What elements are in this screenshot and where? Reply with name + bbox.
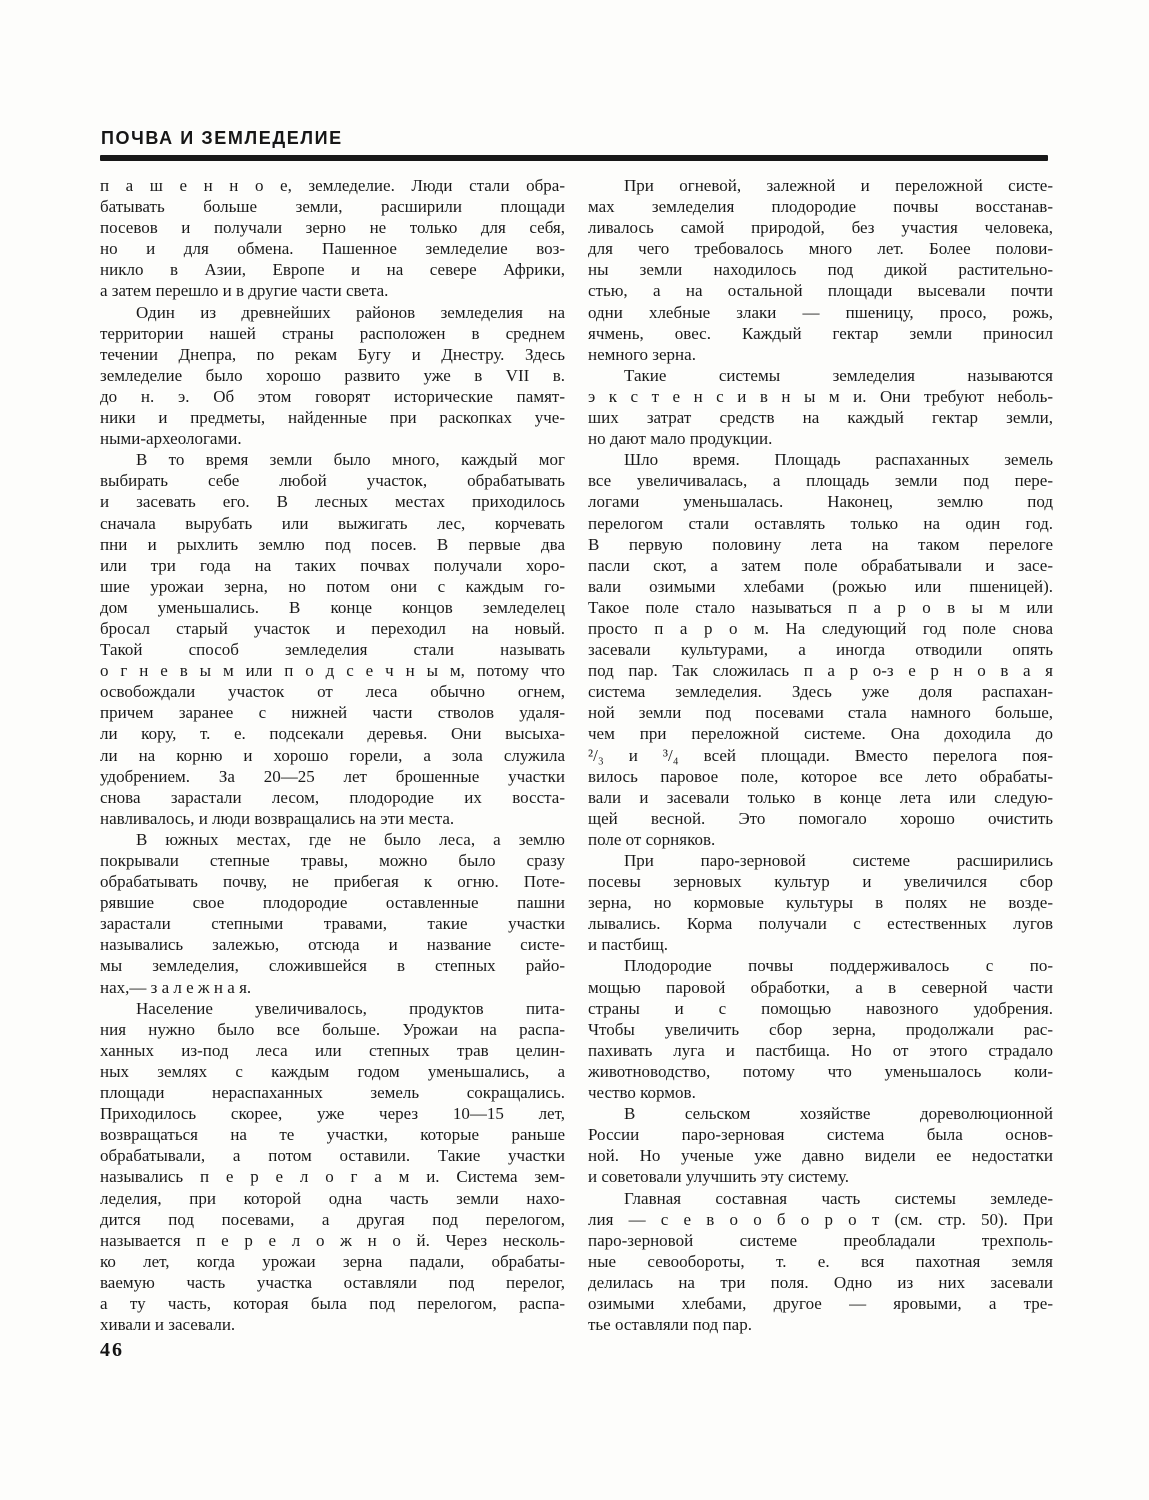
text-line: и пастбищ. — [588, 934, 1053, 955]
text-line: но дают мало продукции. — [588, 428, 1053, 449]
text-line: бросал старый участок и переходил на нов… — [100, 618, 565, 639]
paragraph: В то время земли было много, каждый могв… — [100, 449, 565, 829]
paragraph: В южных местах, где не было леса, а земл… — [100, 829, 565, 998]
paragraph: Плодородие почвы поддерживалось с по-мощ… — [588, 955, 1053, 1103]
text-line: животноводство, потому что уменьшалось к… — [588, 1061, 1053, 1082]
text-line: ными-археологами. — [100, 428, 565, 449]
text-line: немного зерна. — [588, 344, 1053, 365]
text-line: В первую половину лета на таком перелоге — [588, 534, 1053, 555]
text-line: посевы зерновых культур и увеличился сбо… — [588, 871, 1053, 892]
text-line: чество кормов. — [588, 1082, 1053, 1103]
left-column: п а ш е н н о е, земледелие. Люди стали … — [100, 175, 565, 1335]
text-line: и советовали улучшить эту систему. — [588, 1166, 1053, 1187]
text-line: освобождали участок от леса обычно огнем… — [100, 681, 565, 702]
text-line: шие урожаи зерна, но потом они с каждым … — [100, 576, 565, 597]
text-line: страны и с помощью навозного удобрения. — [588, 998, 1053, 1019]
text-line: лия — с е в о о б о р о т (см. стр. 50).… — [588, 1209, 1053, 1230]
text-line: назывались залежью, отсюда и название си… — [100, 934, 565, 955]
text-line: ячмень, овес. Каждый гектар земли принос… — [588, 323, 1053, 344]
text-line: пни и рыхлить землю под посев. В первые … — [100, 534, 565, 555]
text-line: чем при переложной системе. Она доходила… — [588, 723, 1053, 744]
text-line: пасли скот, а затем поле обрабатывали и … — [588, 555, 1053, 576]
text-line: логами уменьшалась. Наконец, землю под — [588, 491, 1053, 512]
text-line: называется п е р е л о ж н о й. Через не… — [100, 1230, 565, 1251]
book-page: ПОЧВА И ЗЕМЛЕДЕЛИЕ п а ш е н н о е, земл… — [0, 0, 1149, 1500]
text-line: Плодородие почвы поддерживалось с по- — [588, 955, 1053, 976]
text-line: В южных местах, где не было леса, а земл… — [100, 829, 565, 850]
text-line: При паро-зерновой системе расширились — [588, 850, 1053, 871]
text-line: выбирать себе любой участок, обрабатыват… — [100, 470, 565, 491]
text-line: площади нераспаханных земель сокращались… — [100, 1082, 565, 1103]
text-line: ²/₃ и ³/₄ всей площади. Вместо перелога … — [588, 745, 1053, 766]
right-column: При огневой, залежной и переложной систе… — [588, 175, 1053, 1335]
text-line: Один из древнейших районов земледелия на — [100, 302, 565, 323]
text-line: России паро-зерновая система была основ- — [588, 1124, 1053, 1145]
text-line: тье оставляли под пар. — [588, 1314, 1053, 1335]
text-line: ной земли под посевами стала намного бол… — [588, 702, 1053, 723]
text-line: дом уменьшались. В конце концов земледел… — [100, 597, 565, 618]
text-line: о г н е в ы м или п о д с е ч н ы м, пот… — [100, 660, 565, 681]
paragraph: При паро-зерновой системе расширилисьпос… — [588, 850, 1053, 955]
text-line: В сельском хозяйстве дореволюционной — [588, 1103, 1053, 1124]
text-line: течении Днепра, по рекам Бугу и Днестру.… — [100, 344, 565, 365]
text-line: обрабатывали, а потом оставили. Такие уч… — [100, 1145, 565, 1166]
text-line: озимыми хлебами, другое — яровыми, а тре… — [588, 1293, 1053, 1314]
text-line: щей весной. Это помогало хорошо очистить — [588, 808, 1053, 829]
text-line: одни хлебные злаки — пшеницу, просо, рож… — [588, 302, 1053, 323]
paragraph: Шло время. Площадь распаханных земельвсе… — [588, 449, 1053, 850]
text-line: и засевать его. В лесных местах приходил… — [100, 491, 565, 512]
text-line: Чтобы увеличить сбор зерна, продолжали р… — [588, 1019, 1053, 1040]
text-line: леделия, при которой одна часть земли на… — [100, 1188, 565, 1209]
paragraph: Один из древнейших районов земледелия на… — [100, 302, 565, 450]
text-line: земледелие было хорошо развито уже в VII… — [100, 365, 565, 386]
header-rule — [100, 155, 1048, 161]
text-line: В то время земли было много, каждый мог — [100, 449, 565, 470]
text-line: поле от сорняков. — [588, 829, 1053, 850]
running-head: ПОЧВА И ЗЕМЛЕДЕЛИЕ — [101, 128, 343, 149]
paragraph: При огневой, залежной и переложной систе… — [588, 175, 1053, 365]
text-line: дится под посевами, а другая под перелог… — [100, 1209, 565, 1230]
text-line: зерна, но кормовые культуры в полях не в… — [588, 892, 1053, 913]
text-line: обрабатывать почву, не прибегая к огню. … — [100, 871, 565, 892]
text-columns: п а ш е н н о е, земледелие. Люди стали … — [100, 175, 1053, 1335]
text-line: ные севообороты, т. е. вся пахотная земл… — [588, 1251, 1053, 1272]
text-line: вали озимыми хлебами (рожью или пшеницей… — [588, 576, 1053, 597]
text-line: вилось паровое поле, которое все лето об… — [588, 766, 1053, 787]
paragraph: п а ш е н н о е, земледелие. Люди стали … — [100, 175, 565, 302]
text-line: возвращаться на те участки, которые рань… — [100, 1124, 565, 1145]
text-line: ваемую часть участка оставляли под перел… — [100, 1272, 565, 1293]
text-line: рявшие свое плодородие оставленные пашни — [100, 892, 565, 913]
text-line: мы земледелия, сложившейся в степных рай… — [100, 955, 565, 976]
text-line: ко лет, когда урожаи зерна падали, обраб… — [100, 1251, 565, 1272]
text-line: засевали культурами, а иногда отводили о… — [588, 639, 1053, 660]
text-line: ния нужно было все больше. Урожаи на рас… — [100, 1019, 565, 1040]
text-line: ны земли находилось под дикой растительн… — [588, 259, 1053, 280]
text-line: покрывали степные травы, можно было сраз… — [100, 850, 565, 871]
text-line: пахивать луга и пастбища. Но от этого ст… — [588, 1040, 1053, 1061]
text-line: навливалось, и люди возвращались на эти … — [100, 808, 565, 829]
text-line: ханных из-под леса или степных трав цели… — [100, 1040, 565, 1061]
text-line: но и для обмена. Пашенное земледелие воз… — [100, 238, 565, 259]
text-line: а ту часть, которая была под перелогом, … — [100, 1293, 565, 1314]
text-line: удобрением. За 20—25 лет брошенные участ… — [100, 766, 565, 787]
text-line: нах,— з а л е ж н а я. — [100, 977, 565, 998]
text-line: снова зарастали лесом, плодородие их вос… — [100, 787, 565, 808]
text-line: причем заранее с нижней части стволов уд… — [100, 702, 565, 723]
page-number: 46 — [100, 1339, 124, 1362]
text-line: вали и засевали только в конце лета или … — [588, 787, 1053, 808]
text-line: для чего требовалось много лет. Более по… — [588, 238, 1053, 259]
text-line: или три года на таких почвах получали хо… — [100, 555, 565, 576]
text-line: ших затрат средств на каждый гектар земл… — [588, 407, 1053, 428]
text-line: п а ш е н н о е, земледелие. Люди стали … — [100, 175, 565, 196]
text-line: перелогом стали оставлять только на один… — [588, 513, 1053, 534]
text-line: зарастали степными травами, такие участк… — [100, 913, 565, 934]
text-line: система земледелия. Здесь уже доля распа… — [588, 681, 1053, 702]
text-line: Такие системы земледелия называются — [588, 365, 1053, 386]
text-line: стью, а на остальной площади высевали по… — [588, 280, 1053, 301]
text-line: батывать больше земли, расширили площади — [100, 196, 565, 217]
paragraph: В сельском хозяйстве дореволюционнойРосс… — [588, 1103, 1053, 1187]
text-line: все увеличивалась, а площадь земли под п… — [588, 470, 1053, 491]
text-line: ли на корню и хорошо горели, а зола служ… — [100, 745, 565, 766]
text-line: ливалось самой природой, без участия чел… — [588, 217, 1053, 238]
text-line: делилась на три поля. Одно из них засева… — [588, 1272, 1053, 1293]
paragraph: Главная составная часть системы земледе-… — [588, 1188, 1053, 1336]
text-line: просто п а р о м. На следующий год поле … — [588, 618, 1053, 639]
text-line: мощью паровой обработки, а в северной ча… — [588, 977, 1053, 998]
paragraph: Население увеличивалось, продуктов пита-… — [100, 998, 565, 1336]
text-line: Главная составная часть системы земледе- — [588, 1188, 1053, 1209]
text-line: ники и предметы, найденные при раскопках… — [100, 407, 565, 428]
text-line: хивали и засевали. — [100, 1314, 565, 1335]
paragraph: Такие системы земледелия называютсяэ к с… — [588, 365, 1053, 449]
text-line: под пар. Так сложилась п а р о-з е р н о… — [588, 660, 1053, 681]
text-line: никло в Азии, Европе и на севере Африки, — [100, 259, 565, 280]
text-line: Такой способ земледелия стали называть — [100, 639, 565, 660]
text-line: лывались. Корма получали с естественных … — [588, 913, 1053, 934]
text-line: а затем перешло и в другие части света. — [100, 280, 565, 301]
text-line: территории нашей страны расположен в сре… — [100, 323, 565, 344]
text-line: э к с т е н с и в н ы м и. Они требуют н… — [588, 386, 1053, 407]
text-line: ли кору, т. е. подсекали деревья. Они вы… — [100, 723, 565, 744]
text-line: Приходилось скорее, уже через 10—15 лет, — [100, 1103, 565, 1124]
text-line: паро-зерновой системе преобладали трехпо… — [588, 1230, 1053, 1251]
text-line: Население увеличивалось, продуктов пита- — [100, 998, 565, 1019]
text-line: Такое поле стало называться п а р о в ы … — [588, 597, 1053, 618]
text-line: сначала вырубать или выжигать лес, корче… — [100, 513, 565, 534]
text-line: посевов и получали зерно не только для с… — [100, 217, 565, 238]
text-line: ной. Но ученые уже давно видели ее недос… — [588, 1145, 1053, 1166]
text-line: ных землях с каждым годом уменьшались, а — [100, 1061, 565, 1082]
text-line: назывались п е р е л о г а м и. Система … — [100, 1166, 565, 1187]
text-line: При огневой, залежной и переложной систе… — [588, 175, 1053, 196]
text-line: до н. э. Об этом говорят исторические па… — [100, 386, 565, 407]
text-line: Шло время. Площадь распаханных земель — [588, 449, 1053, 470]
text-line: мах земледелия плодородие почвы восстана… — [588, 196, 1053, 217]
